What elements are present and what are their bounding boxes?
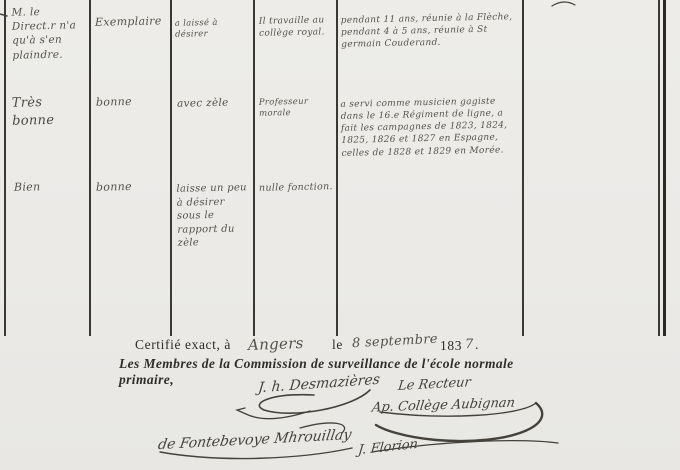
certification-period: . <box>475 337 479 353</box>
signature-florion: J. Florion <box>357 437 418 459</box>
table-column-line <box>522 0 524 336</box>
table-cell-r3c2: bonne <box>96 179 166 195</box>
signature-aubignan: Ap. Collège Aubignan <box>371 395 516 415</box>
table-cell-r2c4: Professeur morale <box>259 96 333 120</box>
certification-le: le <box>332 337 343 353</box>
table-cell-r2c2: bonne <box>96 94 166 110</box>
signature-flourishes <box>0 0 680 470</box>
certification-year-printed: 183 <box>440 338 462 354</box>
certification-date-handwritten: 8 septembre <box>352 331 439 353</box>
certification-prefix: Certifié exact, à <box>135 337 231 353</box>
table-cell-r3c3: laisse un peu à désirer sous le rapport … <box>176 181 249 250</box>
table-cell-r2c1: Très bonne <box>12 93 87 130</box>
table-cell-r3c1: Bien <box>14 179 84 195</box>
table-column-line <box>663 0 666 336</box>
table-column-line <box>170 0 172 336</box>
table-cell-r2c5: a servi comme musicien gagiste dans le 1… <box>340 95 519 159</box>
table-column-line <box>253 0 255 336</box>
table-column-line <box>89 0 91 336</box>
signature-fontebevoye: de Fontebevoye Mhrouillay <box>157 427 353 453</box>
table-column-line <box>658 0 660 336</box>
scanned-document-page: M. le Direct.r n'a qu'à s'en plaindre. E… <box>0 0 680 470</box>
table-cell-r1c1: M. le Direct.r n'a qu'à s'en plaindre. <box>11 4 84 62</box>
table-cell-r1c3: a laissé à désirer <box>175 17 251 42</box>
certification-place-handwritten: Angers <box>248 333 304 355</box>
signature-le-recteur: Le Recteur <box>397 375 471 394</box>
table-column-line <box>336 0 338 336</box>
stray-ink-mark <box>552 2 575 6</box>
table-column-line <box>4 0 6 336</box>
table-cell-r1c5: pendant 11 ans, réunie à la Flèche, pend… <box>341 11 518 51</box>
table-cell-r3c4: nulle fonction. <box>259 181 333 195</box>
table-cell-r1c4: Il travaille au collège royal. <box>259 14 331 40</box>
table-cell-r1c2: Exemplaire <box>95 14 167 30</box>
table-cell-r2c3: avec zèle <box>177 95 249 111</box>
certification-year-digit-handwritten: 7 <box>465 336 474 354</box>
flourish-desmazieres-tail <box>237 408 310 419</box>
